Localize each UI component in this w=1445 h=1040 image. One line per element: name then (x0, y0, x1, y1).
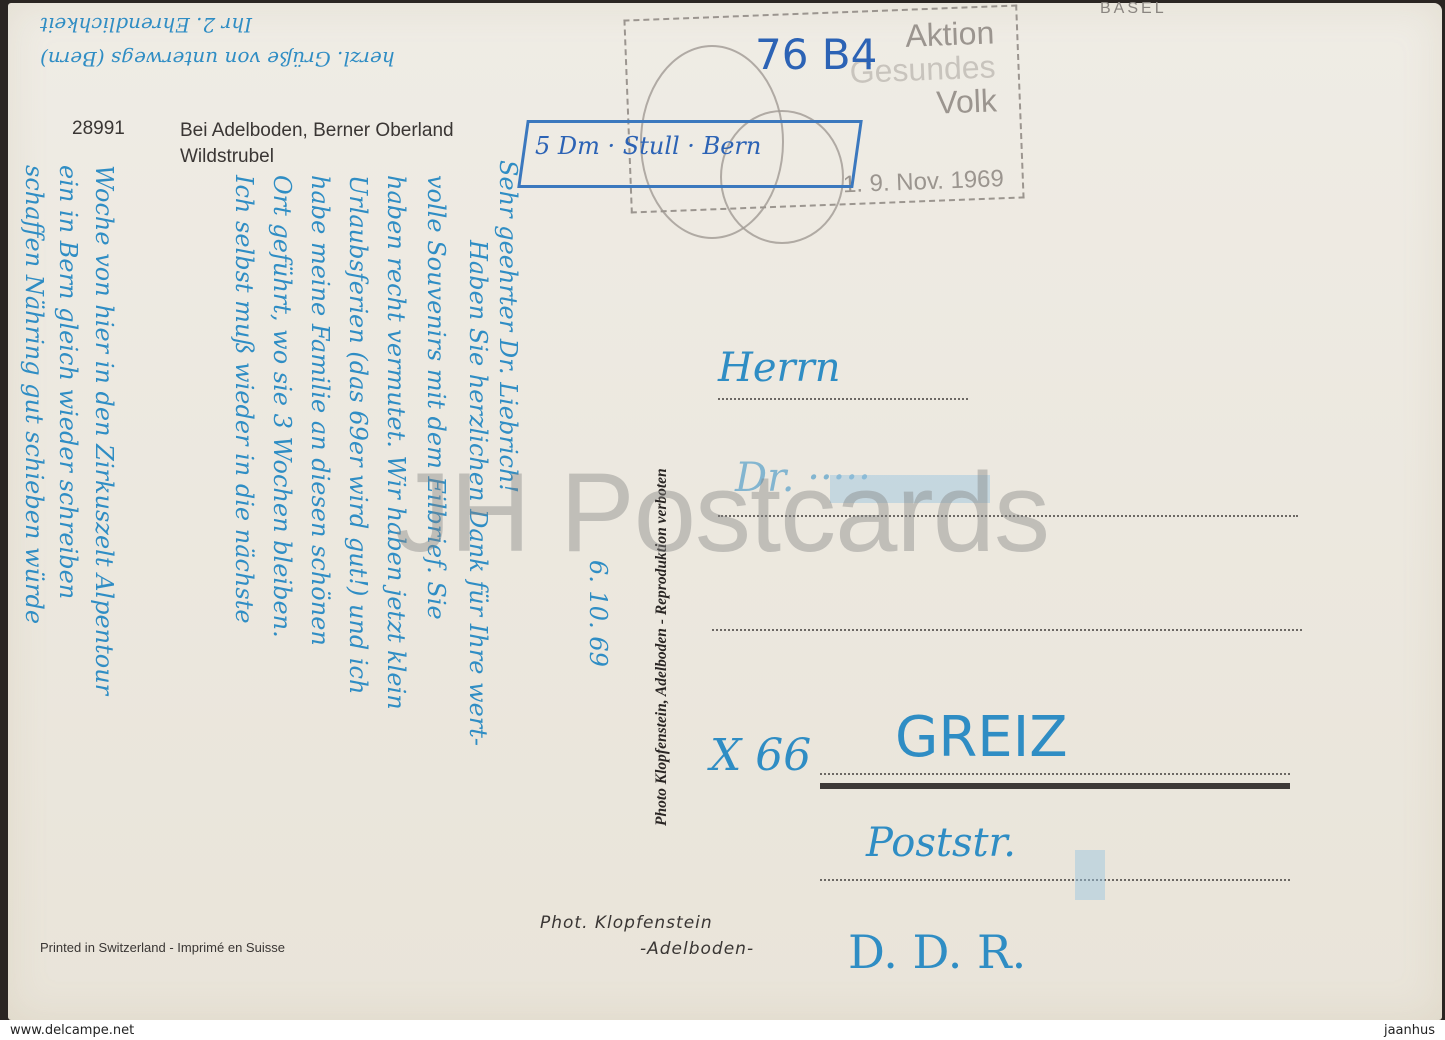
address-salutation: Herrn (718, 345, 841, 391)
upside-note-line2: herzl. Grüße von unterwegs (Bern) (40, 42, 600, 76)
watermark: JH Postcards (395, 448, 1049, 577)
message-line: Woche von hier in den Zirkuszelt Alpento… (90, 165, 118, 695)
address-line-3 (712, 629, 1302, 631)
message-line: Ich selbst muß wieder in die nächste (230, 175, 258, 624)
redaction-blur (1075, 850, 1105, 900)
message-line: habe meine Familie an diesen schönen (306, 175, 334, 646)
message-line: haben recht vermutet. Wir haben jetzt kl… (382, 175, 410, 710)
seller-name: jaanhus (1384, 1023, 1435, 1038)
message-line: Urlaubsferien (das 69er wird gut!) und i… (344, 175, 372, 694)
address-country: D. D. R. (848, 925, 1026, 979)
greeting-line: Sehr geehrter Dr. Liebrich! (494, 160, 522, 493)
message-line: ein in Bern gleich wieder schreiben (54, 165, 82, 599)
printed-in-note: Printed in Switzerland - Imprimé en Suis… (40, 940, 285, 955)
caption: Bei Adelboden, Berner Oberland Wildstrub… (180, 118, 454, 170)
address-street: Poststr. (866, 820, 1016, 866)
signature-place: -Adelboden- (540, 936, 754, 962)
postmark-slogan-line: Volk (850, 83, 997, 123)
address-line-1 (718, 398, 968, 400)
address-city: GREIZ (895, 705, 1068, 770)
message-line: schaffen Nähring gut schieben würde (20, 165, 48, 624)
address-postal-code: X 66 (710, 730, 811, 781)
photographer-signature: Phot. Klopfenstein -Adelboden- (540, 910, 754, 962)
source-site: www.delcampe.net (10, 1023, 134, 1038)
address-city-rule (820, 783, 1290, 789)
caption-subject: Wildstrubel (180, 144, 454, 170)
boxed-note-text: 5 Dm · Stull · Bern (535, 132, 761, 160)
upside-note-line1: Ihr 2. Ehrendlichkeit (40, 8, 600, 42)
postmark-city-arc: BASEL (1100, 0, 1167, 18)
caption-location: Bei Adelboden, Berner Oberland (180, 118, 454, 144)
message-line: Ort geführt, wo sie 3 Wochen bleiben. (268, 175, 296, 638)
upside-down-handwritten-note: herzl. Grüße von unterwegs (Bern) Ihr 2.… (40, 8, 600, 76)
signature-name: Phot. Klopfenstein (540, 913, 713, 933)
address-line-5 (820, 879, 1290, 881)
serial-number: 28991 (72, 118, 125, 140)
address-line-4 (820, 773, 1290, 775)
postmark-date: 1. 9. Nov. 1969 (842, 165, 1004, 199)
handwritten-code: 76 B4 (755, 30, 877, 79)
